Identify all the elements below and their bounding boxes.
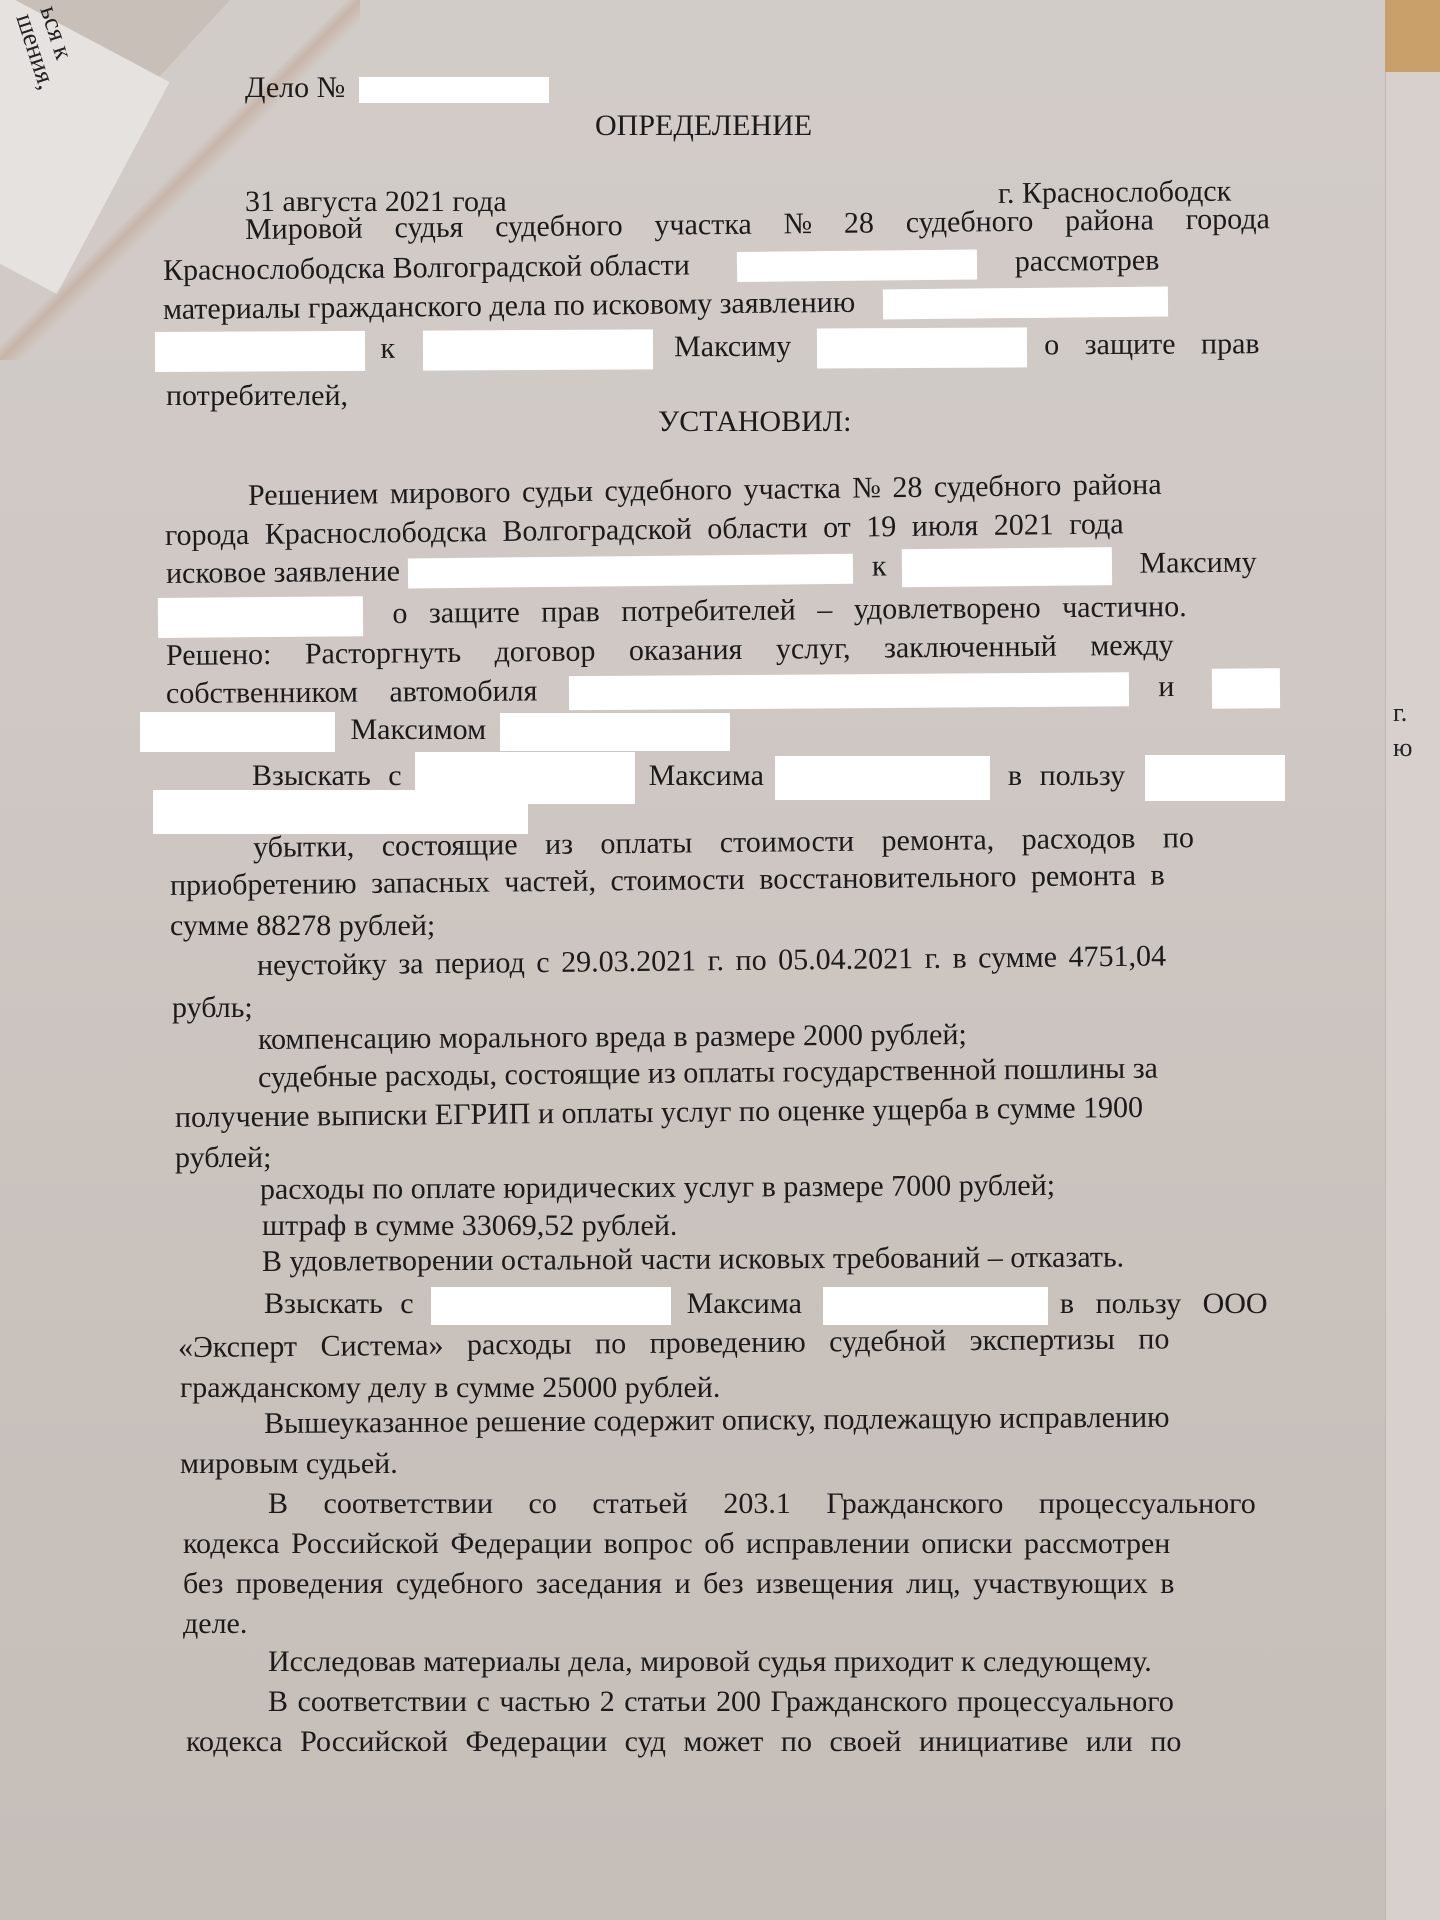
redaction bbox=[823, 1287, 1048, 1325]
body-line: В соответствии с частью 2 статьи 200 Гра… bbox=[268, 1684, 1174, 1720]
body-line: расходы по оплате юридических услуг в ра… bbox=[260, 1168, 1055, 1208]
section-heading: УСТАНОВИЛ: bbox=[658, 404, 851, 440]
redaction bbox=[431, 1287, 671, 1325]
word: района bbox=[1065, 202, 1154, 239]
text: Максима bbox=[649, 759, 764, 792]
word: Мировой bbox=[245, 211, 363, 248]
word: города bbox=[1185, 201, 1270, 238]
intro-line-5: потребителей, bbox=[166, 378, 348, 414]
intro-line-3: материалы гражданского дела по исковому … bbox=[163, 281, 1168, 328]
court-ruling-document: Дело № ОПРЕДЕЛЕНИЕ 31 августа 2021 года … bbox=[0, 0, 1385, 1920]
text: Максимом bbox=[351, 713, 487, 746]
body-line: сумме 88278 рублей; bbox=[170, 908, 435, 944]
text: Взыскать с bbox=[252, 759, 402, 792]
body-line: мировым судьей. bbox=[180, 1446, 398, 1482]
body-line: штраф в сумме 33069,52 рублей. bbox=[262, 1208, 677, 1244]
body-line: деле. bbox=[183, 1606, 247, 1642]
text: Взыскать с bbox=[264, 1287, 414, 1320]
redaction bbox=[422, 330, 652, 371]
word: участка bbox=[654, 207, 752, 244]
redaction bbox=[902, 547, 1112, 587]
redaction bbox=[407, 554, 852, 589]
stray-text: ю bbox=[1393, 733, 1412, 763]
body-line: рубль; bbox=[172, 990, 253, 1026]
text: исковое заявление bbox=[166, 555, 400, 590]
redaction bbox=[158, 596, 363, 638]
body-line: В удовлетворении остальной части исковых… bbox=[262, 1239, 1124, 1280]
word: судья bbox=[394, 210, 463, 247]
word: судебного bbox=[906, 204, 1034, 241]
redaction bbox=[359, 77, 549, 103]
redaction bbox=[882, 287, 1167, 320]
text: в пользу bbox=[1008, 759, 1125, 792]
text: о защите прав bbox=[1044, 327, 1259, 361]
word: № bbox=[783, 206, 812, 242]
body-line: В соответствии со статьей 203.1 Гражданс… bbox=[268, 1486, 1256, 1522]
redaction bbox=[737, 250, 977, 283]
body-line: без проведения судебного заседания и без… bbox=[183, 1566, 1174, 1602]
text: Краснослободска Волгоградской области bbox=[163, 248, 690, 287]
body-line: судебные расходы, состоящие из оплаты го… bbox=[258, 1051, 1158, 1096]
text: рассмотрев bbox=[1015, 244, 1160, 279]
redaction bbox=[155, 331, 365, 372]
cork-board-corner bbox=[1385, 0, 1440, 72]
body-line: компенсацию морального вреда в размере 2… bbox=[258, 1017, 967, 1058]
redaction bbox=[775, 756, 990, 800]
body-line: рублей; bbox=[175, 1140, 271, 1176]
body-line: Максимом bbox=[140, 712, 730, 752]
text: материалы гражданского дела по исковому … bbox=[163, 286, 855, 326]
text: и bbox=[1158, 670, 1174, 703]
redaction bbox=[500, 713, 730, 751]
redaction bbox=[140, 712, 335, 752]
text: Максима bbox=[687, 1287, 802, 1320]
background-sheet-right bbox=[1385, 72, 1440, 1920]
word: 28 bbox=[844, 205, 874, 241]
body-line: гражданскому делу в сумме 25000 рублей. bbox=[180, 1370, 720, 1406]
body-line: собственником автомобиля и bbox=[166, 668, 1280, 716]
redaction bbox=[1212, 668, 1280, 708]
body-line: кодекса Российской Федерации суд может п… bbox=[186, 1724, 1181, 1760]
case-label: Дело № bbox=[245, 71, 345, 104]
text: собственником автомобиля bbox=[166, 674, 538, 710]
body-line: «Эксперт Система» расходы по проведению … bbox=[178, 1321, 1170, 1366]
text: к bbox=[872, 549, 887, 582]
text: Максиму bbox=[674, 330, 791, 364]
redaction bbox=[1145, 755, 1285, 801]
text: в пользу ООО bbox=[1060, 1287, 1268, 1320]
text: Максиму bbox=[1139, 546, 1257, 580]
body-line: неустойку за период с 29.03.2021 г. по 0… bbox=[257, 938, 1166, 984]
text: к bbox=[380, 332, 395, 365]
word: судебного bbox=[495, 208, 623, 245]
body-line: Взыскать с Максима в пользу ООО bbox=[264, 1286, 1268, 1325]
body-line: Исследовав материалы дела, мировой судья… bbox=[268, 1644, 1152, 1680]
body-line: получение выписки ЕГРИП и оплаты услуг п… bbox=[175, 1090, 1143, 1136]
stray-text: г. bbox=[1393, 698, 1407, 728]
body-line: исковое заявление к Максиму bbox=[166, 545, 1257, 596]
case-number: Дело № bbox=[245, 70, 549, 106]
document-title: ОПРЕДЕЛЕНИЕ bbox=[595, 108, 812, 144]
redaction bbox=[817, 328, 1027, 369]
body-line: Вышеуказанное решение содержит описку, п… bbox=[264, 1400, 1170, 1442]
redaction bbox=[569, 672, 1129, 710]
text: о защите прав потребителей – удовлетворе… bbox=[392, 590, 1186, 630]
intro-line-4: к Максиму о защите прав bbox=[155, 326, 1260, 372]
body-line: кодекса Российской Федерации вопрос об и… bbox=[183, 1526, 1170, 1562]
